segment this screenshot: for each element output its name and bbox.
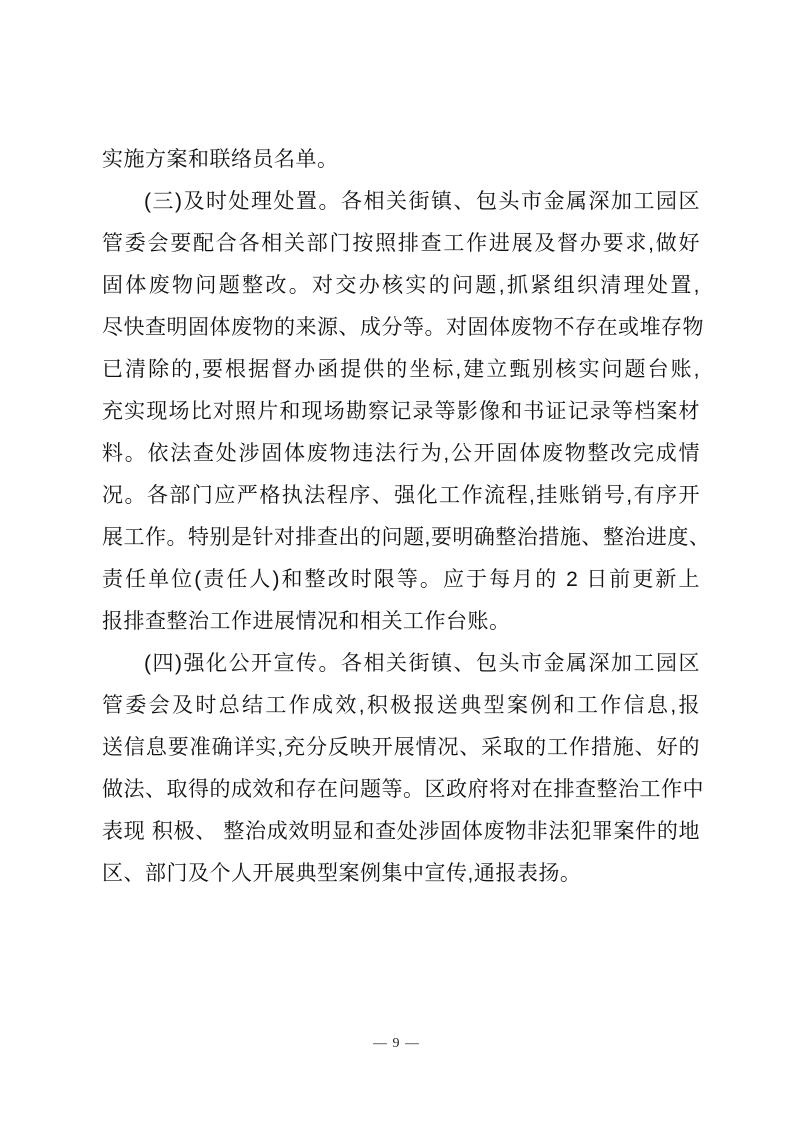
text-line: 表现 积极、 整治成效明显和查处涉固体废物非法犯罪案件的地 [102,811,700,853]
text-line: 区、部门及个人开展典型案例集中宣传,通报表扬。 [102,853,700,895]
document-page: 实施方案和联络员名单。(三)及时处理处置。各相关街镇、包头市金属深加工园区管委会… [0,0,793,1122]
text-line: 报排查整治工作进展情况和相关工作台账。 [102,601,700,643]
text-line: 展工作。特别是针对排查出的问题,要明确整治措施、整治进度、 [102,517,700,559]
document-body: 实施方案和联络员名单。(三)及时处理处置。各相关街镇、包头市金属深加工园区管委会… [102,139,700,895]
text-line: 固体废物问题整改。对交办核实的问题,抓紧组织清理处置, [102,265,700,307]
text-line: 尽快查明固体废物的来源、成分等。对固体废物不存在或堆存物 [102,307,700,349]
text-line: 料。依法查处涉固体废物违法行为,公开固体废物整改完成情 [102,433,700,475]
text-line: 已清除的,要根据督办函提供的坐标,建立甄别核实问题台账, [102,349,700,391]
text-line: 责任单位(责任人)和整改时限等。应于每月的 2 日前更新上 [102,559,700,601]
text-line: 送信息要准确详实,充分反映开展情况、采取的工作措施、好的 [102,727,700,769]
text-line: (三)及时处理处置。各相关街镇、包头市金属深加工园区 [102,181,700,223]
text-line: 实施方案和联络员名单。 [102,139,700,181]
page-number: — 9 — [0,1036,793,1052]
text-line: 管委会要配合各相关部门按照排查工作进展及督办要求,做好 [102,223,700,265]
text-line: 充实现场比对照片和现场勘察记录等影像和书证记录等档案材 [102,391,700,433]
text-line: 管委会及时总结工作成效,积极报送典型案例和工作信息,报 [102,685,700,727]
text-line: 做法、取得的成效和存在问题等。区政府将对在排查整治工作中 [102,769,700,811]
text-line: 况。各部门应严格执法程序、强化工作流程,挂账销号,有序开 [102,475,700,517]
text-line: (四)强化公开宣传。各相关街镇、包头市金属深加工园区 [102,643,700,685]
